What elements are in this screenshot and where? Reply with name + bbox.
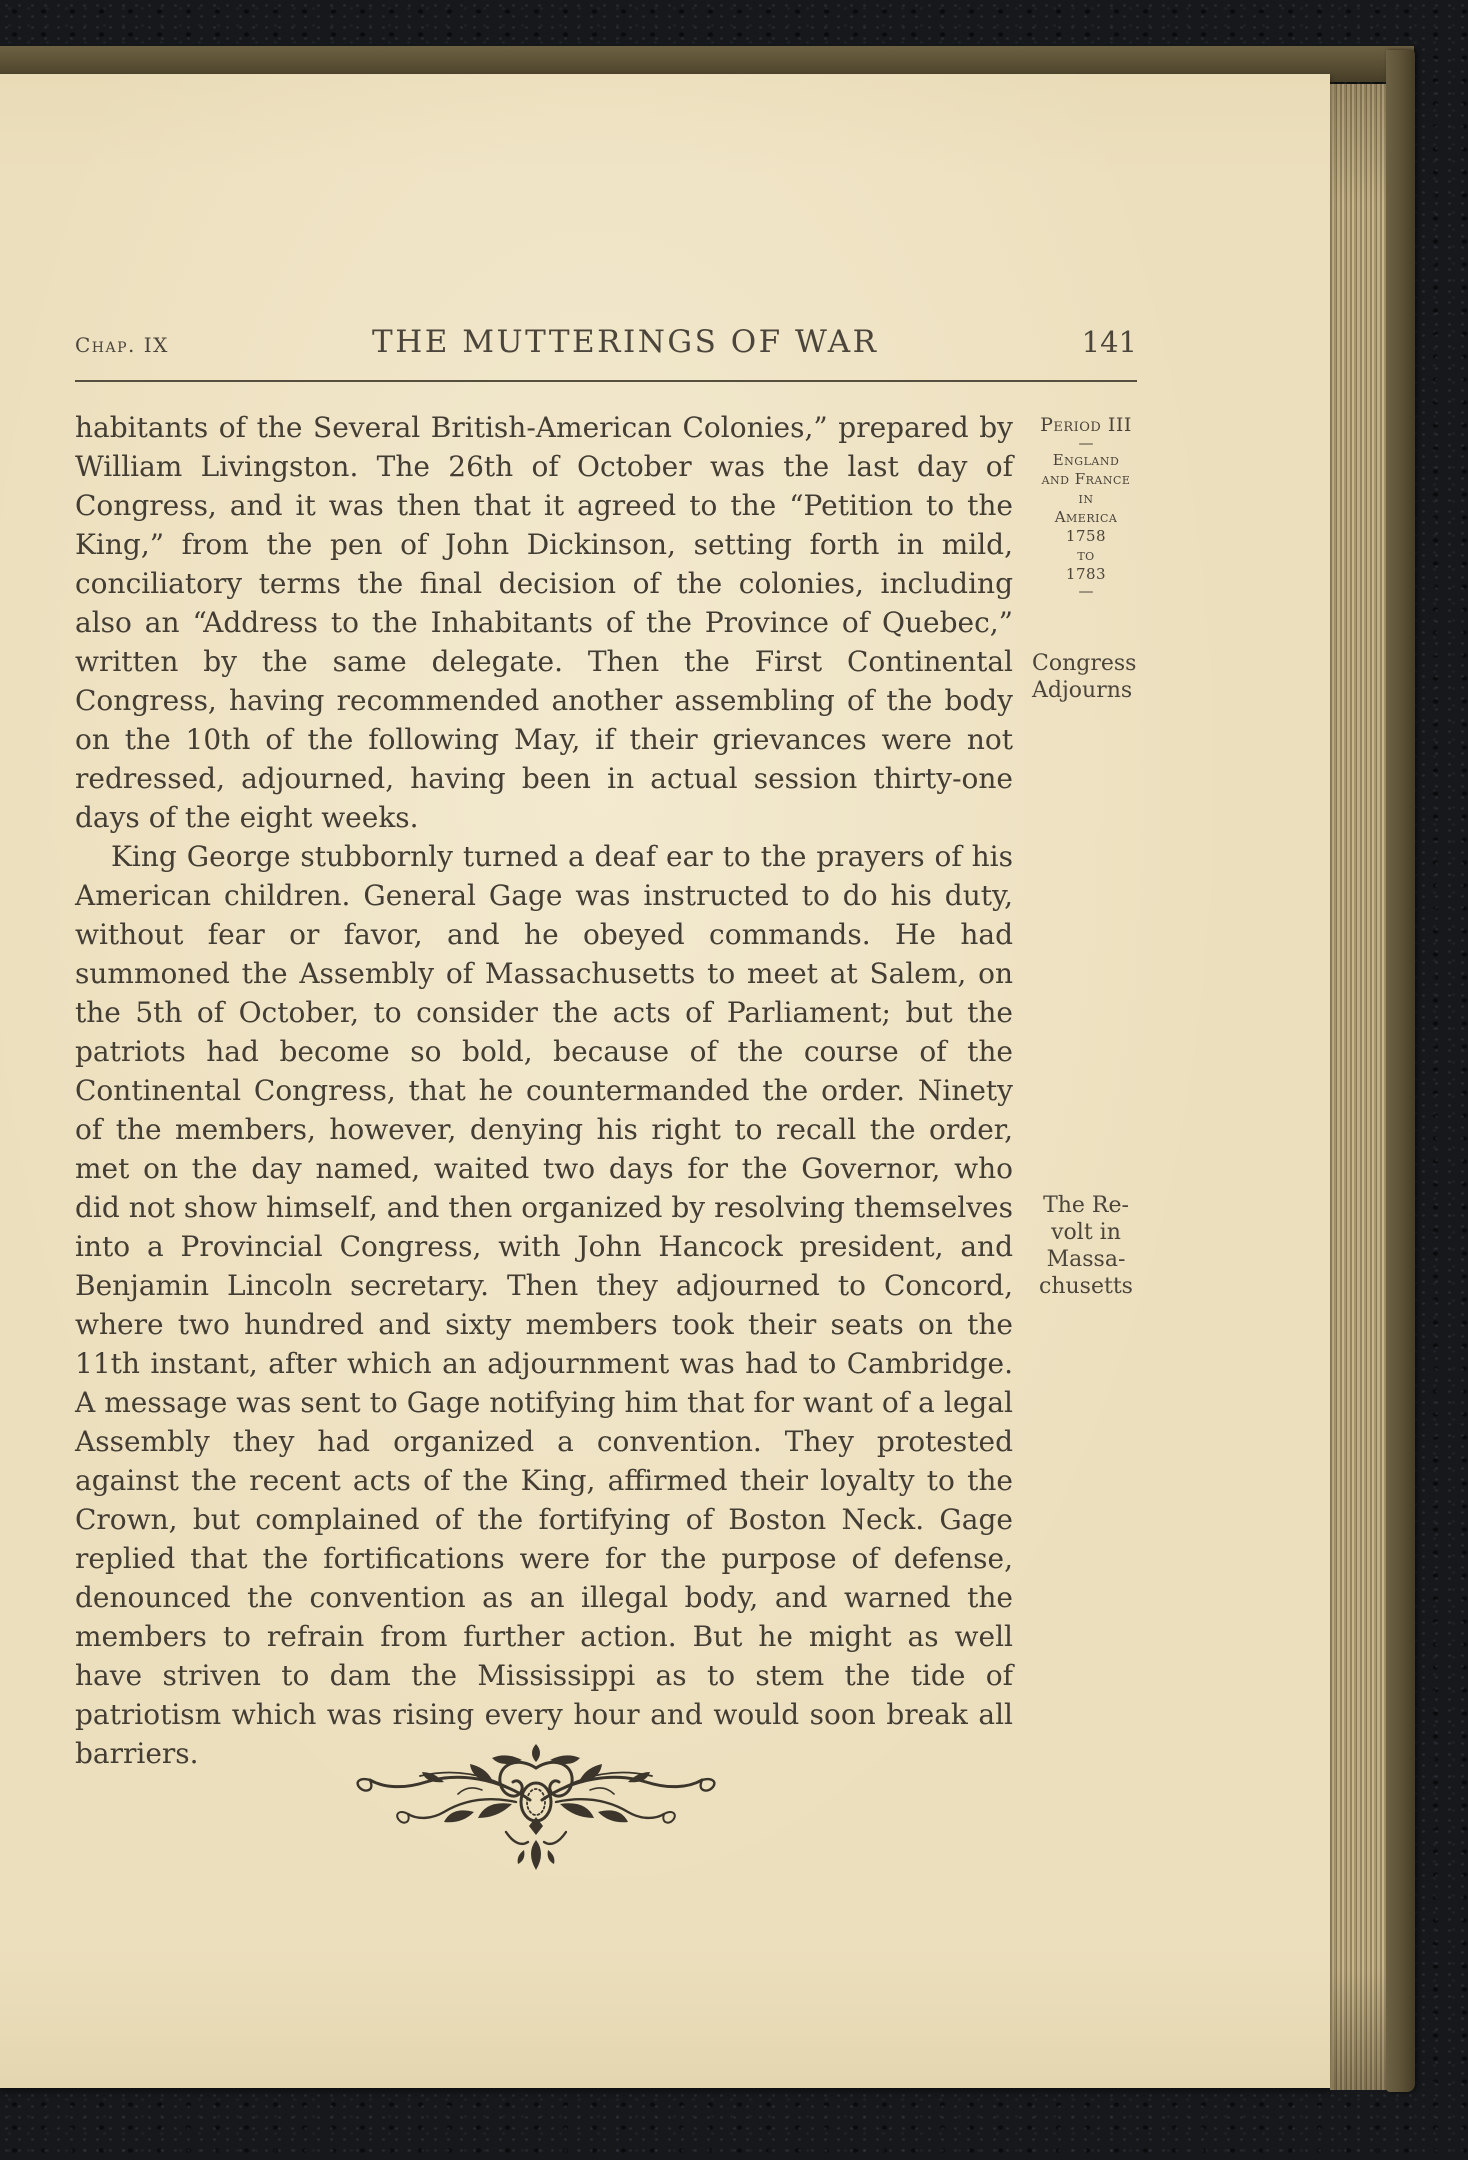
margin-note-line: chusetts: [1022, 1273, 1150, 1300]
page-header: Chap. IX THE MUTTERINGS OF WAR 141: [75, 324, 1137, 360]
margin-note-line: 1758: [1022, 527, 1150, 546]
margin-note-period: Period III — England and France in Ameri…: [1022, 414, 1150, 599]
margin-note-line: The Re-: [1022, 1192, 1150, 1219]
margin-note-line: and France: [1022, 470, 1150, 489]
margin-note-congress-adjourns: Congress Adjourns: [1032, 650, 1162, 704]
page-number: 141: [1082, 325, 1137, 359]
header-rule: [75, 380, 1137, 382]
book-page: Chap. IX THE MUTTERINGS OF WAR 141 habit…: [0, 74, 1330, 2088]
margin-note-line: Period III: [1022, 414, 1150, 436]
chapter-label: Chap. IX: [75, 333, 169, 357]
running-title: THE MUTTERINGS OF WAR: [372, 324, 879, 360]
margin-note-line: volt in: [1022, 1219, 1150, 1246]
margin-note-revolt-massachusetts: The Re- volt in Massa- chusetts: [1022, 1192, 1150, 1300]
divider-dash: —: [1022, 436, 1150, 451]
page-fore-edge-stack: [1330, 84, 1388, 2090]
divider-dash: —: [1022, 584, 1150, 599]
paragraph: King George stubbornly turned a deaf ear…: [75, 837, 1013, 1773]
margin-note-line: Massa-: [1022, 1246, 1150, 1273]
paragraph: habitants of the Several British-America…: [75, 408, 1013, 837]
book-cover-right-edge: [1386, 50, 1415, 2092]
margin-note-line: to: [1022, 546, 1150, 565]
tailpiece-ornament-icon: [346, 1738, 726, 1888]
margin-note-line: America: [1022, 508, 1150, 527]
margin-note-line: in: [1022, 489, 1150, 508]
body-text: habitants of the Several British-America…: [75, 408, 1013, 1773]
margin-note-line: Congress: [1032, 650, 1162, 677]
margin-note-line: Adjourns: [1032, 677, 1162, 704]
margin-note-line: England: [1022, 451, 1150, 470]
leather-background: Chap. IX THE MUTTERINGS OF WAR 141 habit…: [0, 0, 1468, 2160]
